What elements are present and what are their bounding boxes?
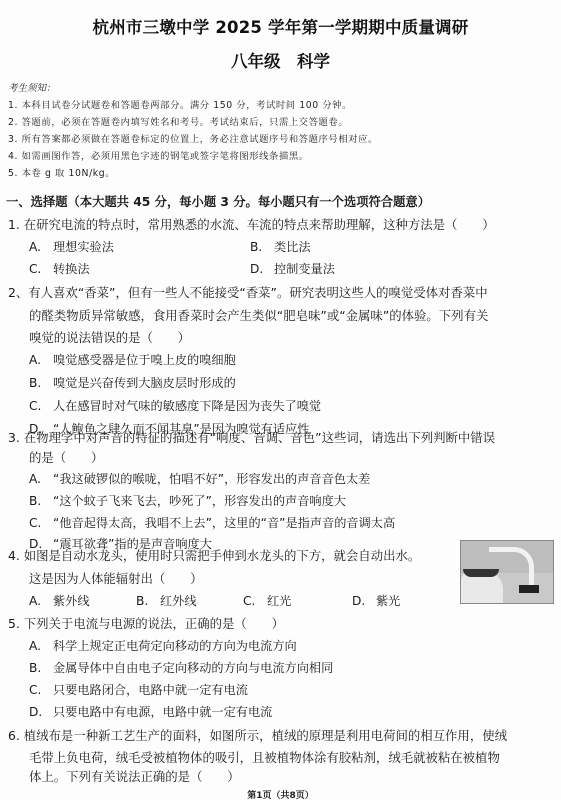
question-1-option-c: C.转换法 bbox=[29, 260, 90, 277]
question-4-stem: 4. 如图是自动水龙头，使用时只需把手伸到水龙头的下方，就会自动出水。 bbox=[8, 546, 420, 564]
question-4-option-d: D.紫光 bbox=[352, 592, 400, 609]
faucet-image bbox=[460, 540, 554, 604]
page-number: 第1页（共8页） bbox=[0, 788, 561, 800]
question-1-option-b: B.类比法 bbox=[250, 238, 311, 255]
question-4-stem-cont: 这是因为人体能辐射出（ ） bbox=[29, 569, 202, 587]
question-2-option-c: C.人在感冒时对气味的敏感度下降是因为丧失了嗅觉 bbox=[29, 397, 321, 414]
exam-page: 杭州市三墩中学 2025 学年第一学期期中质量调研 八年级 科学 考生须知： 1… bbox=[0, 0, 561, 800]
question-5-option-d: D.只要电路中有电源，电路中就一定有电流 bbox=[29, 703, 272, 720]
faucet-base bbox=[519, 585, 539, 593]
section-title: 一、选择题（本大题共 45 分，每小题 3 分。每小题只有一个选项符合题意） bbox=[6, 192, 430, 210]
question-5-option-b: B.金属导体中自由电子定向移动的方向与电流方向相同 bbox=[29, 659, 333, 676]
notice-item: 3. 所有答案都必须做在答题卷标定的位置上，务必注意试题序号和答题序号相对应。 bbox=[8, 131, 378, 145]
question-1-stem: 1. 在研究电流的特点时，常用熟悉的水流、车流的特点来帮助理解，这种方法是（ ） bbox=[8, 215, 495, 233]
question-1-option-a: A.理想实验法 bbox=[29, 238, 114, 255]
question-2-stem-cont: 嗅觉的说法错误的是（ ） bbox=[29, 328, 190, 346]
notice-item: 5. 本卷 g 取 10N/kg。 bbox=[8, 165, 115, 179]
question-4-option-b: B.红外线 bbox=[136, 592, 197, 609]
question-5-option-c: C.只要电路闭合，电路中就一定有电流 bbox=[29, 681, 248, 698]
question-3-option-c: C.“他音起得太高，我唱不上去”，这里的“音”是指声音的音调太高 bbox=[29, 514, 395, 531]
question-2-stem-cont: 的醛类物质异常敏感，食用香菜时会产生类似“肥皂味”或“金属味”的体验。下列有关 bbox=[29, 306, 488, 324]
question-6-stem-cont: 体上。下列有关说法正确的是（ ） bbox=[29, 767, 240, 785]
question-3-stem: 3. 在物理学中对声音的特征的描述有“响度、音调、音色”这些词，请选出下列判断中… bbox=[8, 428, 495, 446]
notice-item: 4. 如需画图作答，必须用黑色字迹的钢笔或签字笔将图形线条描黑。 bbox=[8, 148, 309, 162]
sink-shape bbox=[463, 569, 499, 577]
question-6-stem: 6. 植绒布是一种新工艺生产的面料，如图所示，植绒的原理是利用电荷间的相互作用，… bbox=[8, 726, 507, 744]
exam-title: 杭州市三墩中学 2025 学年第一学期期中质量调研 bbox=[0, 14, 561, 38]
notice-item: 1. 本科目试卷分试题卷和答题卷两部分。满分 150 分，考试时间 100 分钟… bbox=[8, 97, 352, 111]
question-3-stem-cont: 的是（ ） bbox=[29, 448, 103, 466]
question-3-option-b: B.“这个蚊子飞来飞去，吵死了”，形容发出的声音响度大 bbox=[29, 492, 346, 509]
question-1-option-d: D.控制变量法 bbox=[250, 260, 335, 277]
question-4-option-c: C.红光 bbox=[243, 592, 291, 609]
question-2-stem: 2、有人喜欢“香菜”，但有一些人不能接受“香菜”。研究表明这些人的嗅觉受体对香菜… bbox=[8, 283, 488, 301]
question-3-option-a: A.“我这破锣似的喉咙，怕唱不好”，形容发出的声音音色太差 bbox=[29, 470, 370, 487]
question-2-option-a: A.嗅觉感受器是位于嗅上皮的嗅细胞 bbox=[29, 351, 236, 368]
question-5-stem: 5. 下列关于电流与电源的说法，正确的是（ ） bbox=[8, 614, 284, 632]
question-4-option-a: A.紫外线 bbox=[29, 592, 90, 609]
question-6-stem-cont: 毛带上负电荷，绒毛受被植物体的吸引，且被植物体涂有胶粘剂，绒毛就被粘在被植物 bbox=[29, 748, 500, 766]
question-5-option-a: A.科学上规定正电荷定向移动的方向为电流方向 bbox=[29, 637, 297, 654]
question-2-option-b: B.嗅觉是兴奋传到大脑皮层时形成的 bbox=[29, 374, 236, 391]
notice-item: 2. 答题前，必须在答题卷内填写姓名和考号。考试结束后，只需上交答题卷。 bbox=[8, 114, 348, 128]
notice-heading: 考生须知： bbox=[8, 80, 56, 94]
exam-subtitle: 八年级 科学 bbox=[0, 48, 561, 72]
